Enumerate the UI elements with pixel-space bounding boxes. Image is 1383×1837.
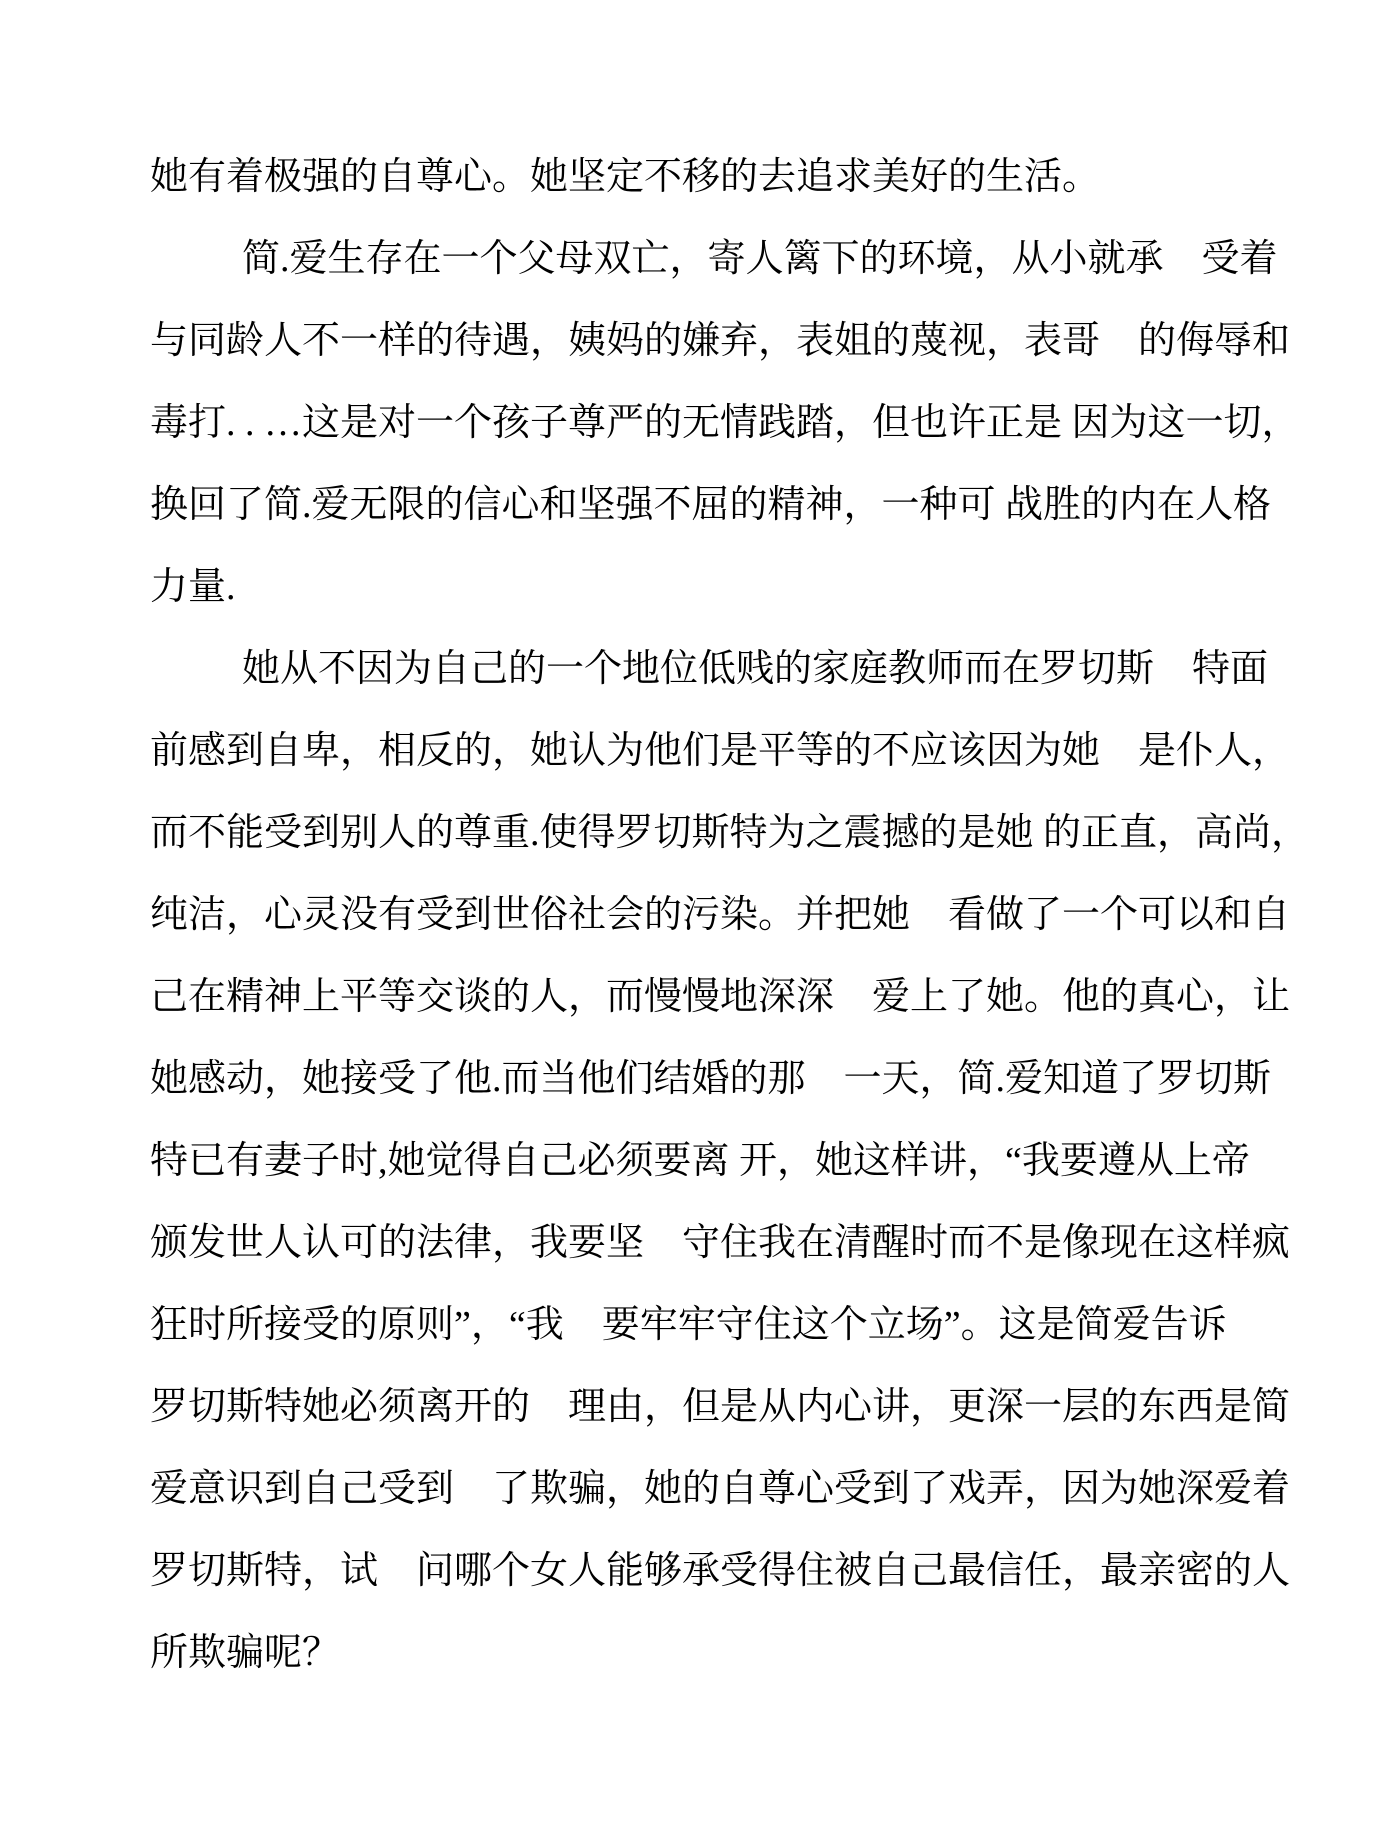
text-line: 所欺骗呢？ xyxy=(150,1612,1350,1694)
text-line: 爱意识到自己受到 了欺骗，她的自尊心受到了戏弄，因为她深爱着 xyxy=(150,1448,1350,1530)
text-line: 换回了简.爱无限的信心和坚强不屈的精神，一种可 战胜的内在人格 xyxy=(150,464,1350,546)
text-line: 简.爱生存在一个父母双亡，寄人篱下的环境，从小就承 受着 xyxy=(150,218,1350,300)
text-line: 颁发世人认可的法律，我要坚 守住我在清醒时而不是像现在这样疯 xyxy=(150,1202,1350,1284)
text-line: 她感动，她接受了他.而当他们结婚的那 一天，简.爱知道了罗切斯 xyxy=(150,1038,1350,1120)
text-line: 纯洁，心灵没有受到世俗社会的污染。并把她 看做了一个可以和自 xyxy=(150,874,1350,956)
text-line: 毒打. . …这是对一个孩子尊严的无情践踏，但也许正是 因为这一切， xyxy=(150,382,1350,464)
document-page: 她有着极强的自尊心。她坚定不移的去追求美好的生活。简.爱生存在一个父母双亡，寄人… xyxy=(0,0,1383,1837)
paragraph: 简.爱生存在一个父母双亡，寄人篱下的环境，从小就承 受着与同龄人不一样的待遇，姨… xyxy=(150,218,1350,628)
paragraph: 她有着极强的自尊心。她坚定不移的去追求美好的生活。 xyxy=(150,136,1350,218)
text-line: 狂时所接受的原则”，“我 要牢牢守住这个立场”。这是简爱告诉 xyxy=(150,1284,1350,1366)
document-body: 她有着极强的自尊心。她坚定不移的去追求美好的生活。简.爱生存在一个父母双亡，寄人… xyxy=(150,136,1350,1694)
text-line: 特已有妻子时,她觉得自己必须要离 开，她这样讲，“我要遵从上帝 xyxy=(150,1120,1350,1202)
text-line: 罗切斯特，试 问哪个女人能够承受得住被自己最信任，最亲密的人 xyxy=(150,1530,1350,1612)
text-line: 力量. xyxy=(150,546,1350,628)
text-line: 她从不因为自己的一个地位低贱的家庭教师而在罗切斯 特面 xyxy=(150,628,1350,710)
text-line: 而不能受到别人的尊重.使得罗切斯特为之震撼的是她 的正直，高尚， xyxy=(150,792,1350,874)
text-line: 己在精神上平等交谈的人，而慢慢地深深 爱上了她。他的真心，让 xyxy=(150,956,1350,1038)
text-line: 前感到自卑，相反的，她认为他们是平等的不应该因为她 是仆人， xyxy=(150,710,1350,792)
text-line: 她有着极强的自尊心。她坚定不移的去追求美好的生活。 xyxy=(150,136,1350,218)
text-line: 罗切斯特她必须离开的 理由，但是从内心讲，更深一层的东西是简 xyxy=(150,1366,1350,1448)
text-line: 与同龄人不一样的待遇，姨妈的嫌弃，表姐的蔑视，表哥 的侮辱和 xyxy=(150,300,1350,382)
paragraph: 她从不因为自己的一个地位低贱的家庭教师而在罗切斯 特面前感到自卑，相反的，她认为… xyxy=(150,628,1350,1694)
